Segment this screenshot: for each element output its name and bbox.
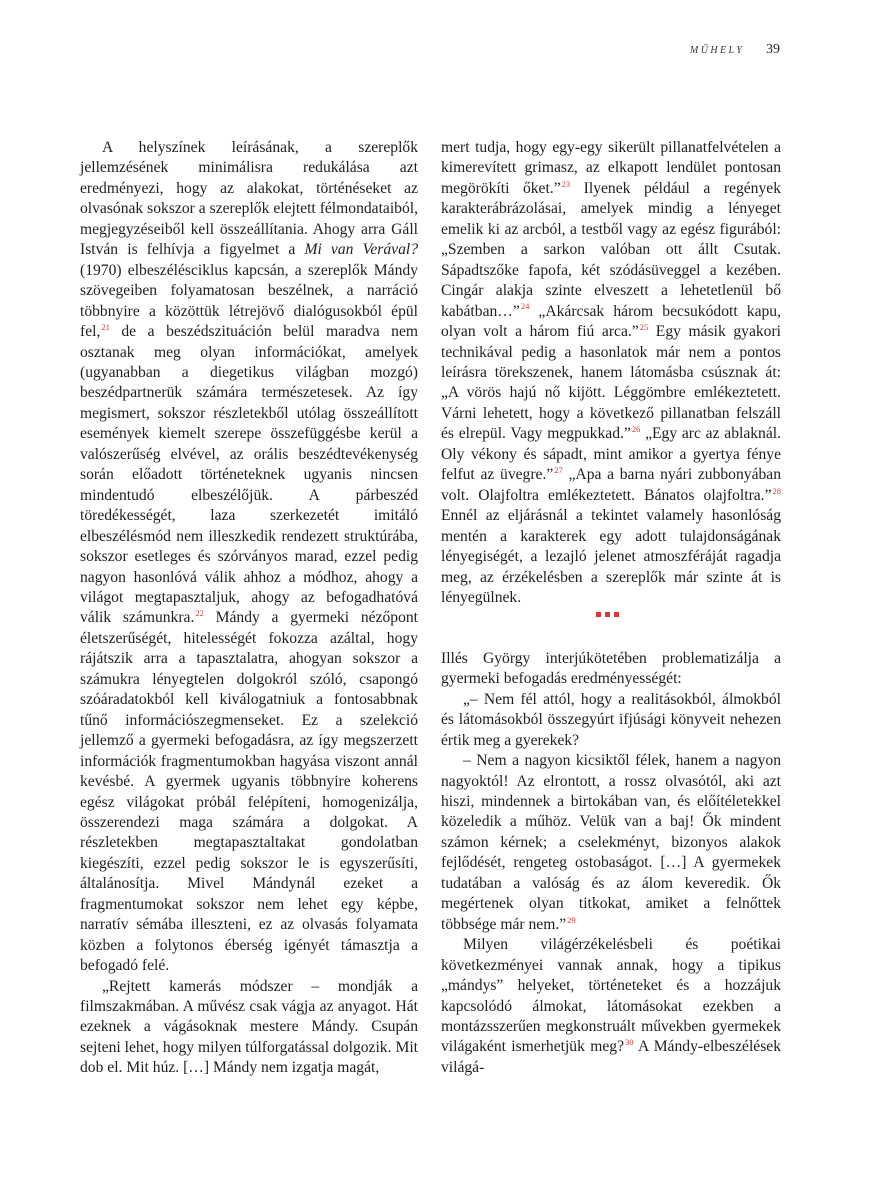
section-separator xyxy=(441,608,781,628)
footnote-marker[interactable]: 27 xyxy=(554,465,563,475)
quote-paragraph: „Rejtett kamerás módszer – mondják a fil… xyxy=(80,977,418,1079)
paragraph: A helyszínek leírásának, a szereplők jel… xyxy=(80,138,418,977)
paragraph: Illés György interjúkötetében problemati… xyxy=(441,649,781,690)
footnote-marker[interactable]: 25 xyxy=(640,322,649,332)
footnote-marker[interactable]: 21 xyxy=(101,322,110,332)
page-number: 39 xyxy=(766,42,780,58)
footnote-marker[interactable]: 28 xyxy=(773,486,782,496)
book-title: Mi van Verával? xyxy=(304,241,418,258)
paragraph: Milyen világérzékelésbeli és poétikai kö… xyxy=(441,935,781,1078)
left-column: A helyszínek leírásának, a szereplők jel… xyxy=(80,138,418,1079)
footnote-marker[interactable]: 22 xyxy=(195,608,204,618)
footnote-marker[interactable]: 30 xyxy=(625,1037,634,1047)
interview-question: „– Nem fél attól, hogy a realitásokból, … xyxy=(441,690,781,751)
footnote-marker[interactable]: 29 xyxy=(567,915,576,925)
interview-answer: – Nem a nagyon kicsiktől félek, hanem a … xyxy=(441,751,781,935)
footnote-marker[interactable]: 23 xyxy=(562,179,571,189)
paragraph: mert tudja, hogy egy-egy sikerült pillan… xyxy=(441,138,781,608)
separator-dots-icon xyxy=(596,612,619,617)
right-column: mert tudja, hogy egy-egy sikerült pillan… xyxy=(441,138,781,1078)
section-title: MŰHELY xyxy=(690,45,744,56)
